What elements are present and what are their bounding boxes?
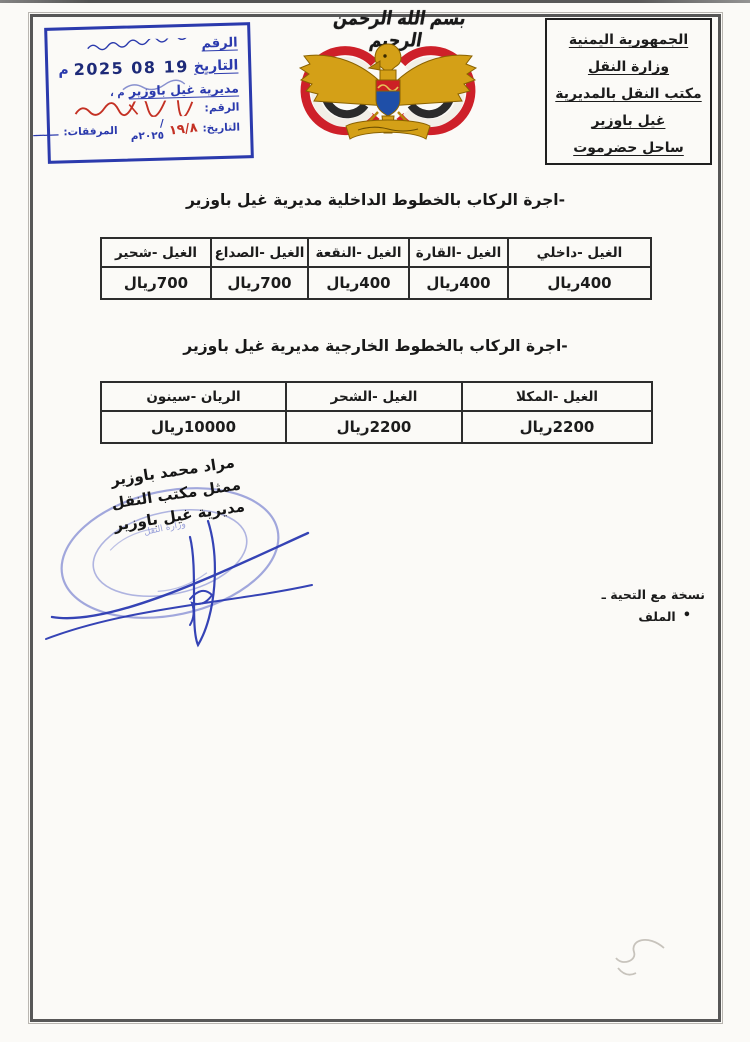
stamp-ref-date-row: التاريخ: ١٩/٨ /٢٠٢٥م المرفقات: ـــــــ <box>58 115 241 144</box>
stamp-date-label: التاريخ <box>194 57 239 74</box>
stamp-number-label: الرقم <box>201 36 238 52</box>
fare-value-cell: 700ريال <box>101 267 211 299</box>
fare-value-cell: 2200ريال <box>286 411 462 443</box>
scroll-banner <box>346 120 430 139</box>
fare-route-header: الغيل -النقعة <box>308 238 409 267</box>
scan-artifact-line <box>0 0 750 3</box>
handwritten-date-red: ١٩/٨ <box>168 120 198 138</box>
fare-route-header: الغيل -الشحر <box>286 382 462 411</box>
cc-item-label: الملف <box>638 606 675 627</box>
external-fares-table: الغيل -المكلا الغيل -الشحر الريان -سينون… <box>100 381 653 444</box>
fare-route-header: الغيل -الصداع <box>211 238 308 267</box>
attachments-blank-line: ـــــــ <box>33 127 58 140</box>
ref-date-label: التاريخ: <box>202 121 240 134</box>
agency-line-district: غيل باوزير <box>547 108 710 135</box>
table-header-row: الغيل -داخلي الغيل -القارة الغيل -النقعة… <box>101 238 651 267</box>
agency-line-coast: ساحل حضرموت <box>547 135 710 162</box>
stamp-date-row: التاريخ 19 08 2025 م <box>56 56 238 80</box>
fare-value-cell: 400ريال <box>409 267 508 299</box>
fare-route-header: الغيل -شحير <box>101 238 211 267</box>
fare-value-cell: 700ريال <box>211 267 308 299</box>
fare-value-cell: 2200ريال <box>462 411 652 443</box>
fare-route-header: الغيل -المكلا <box>462 382 652 411</box>
overlapping-scribble <box>121 78 191 94</box>
bullet-icon: • <box>683 605 691 627</box>
fare-route-header: الغيل -داخلي <box>508 238 651 267</box>
scanned-document-page: الجمهورية اليمنية وزارة النقل مكتب النقل… <box>0 0 750 1042</box>
ref-number-label: الرقم: <box>204 100 239 114</box>
cc-note-heading: نسخة مع التحية ـ <box>585 584 705 605</box>
cc-note: نسخة مع التحية ـ • الملف <box>585 584 705 627</box>
table-value-row: 400ريال 400ريال 400ريال 700ريال 700ريال <box>101 267 651 299</box>
fare-value-cell: 400ريال <box>308 267 409 299</box>
fare-value-cell: 400ريال <box>508 267 651 299</box>
agency-line-ministry: وزارة النقل <box>547 54 710 81</box>
registry-stamp-box: الرقم التاريخ 19 08 2025 م مديرية غيل با… <box>44 22 254 164</box>
faint-pen-mark <box>572 928 682 988</box>
ref-date-year: /٢٠٢٥م <box>130 118 164 143</box>
section-title-internal-fares: -اجرة الركاب بالخطوط الداخلية مديرية غيل… <box>100 191 651 209</box>
yemen-coat-of-arms-emblem <box>288 28 488 142</box>
handwritten-signature <box>40 515 320 655</box>
letterhead-agency-box: الجمهورية اليمنية وزارة النقل مكتب النقل… <box>545 18 712 165</box>
fare-route-header: الغيل -القارة <box>409 238 508 267</box>
date-stamp-value: 19 08 2025 <box>73 57 189 79</box>
table-header-row: الغيل -المكلا الغيل -الشحر الريان -سينون <box>101 382 652 411</box>
eagle-eye <box>383 54 386 57</box>
shield <box>376 80 400 116</box>
table-value-row: 2200ريال 2200ريال 10000ريال <box>101 411 652 443</box>
cc-note-item: • الملف <box>585 605 705 627</box>
date-stamp-suffix: م <box>58 62 69 78</box>
attachments-label: المرفقات: <box>63 125 118 139</box>
agency-line-republic: الجمهورية اليمنية <box>547 27 710 54</box>
agency-line-office: مكتب النقل بالمديرية <box>547 81 710 108</box>
section-title-external-fares: -اجرة الركاب بالخطوط الخارجية مديرية غيل… <box>100 337 651 355</box>
fare-route-header: الريان -سينون <box>101 382 286 411</box>
stamp-office-row: مديرية غيل باوزير م ، <box>57 80 239 100</box>
fare-value-cell: 10000ريال <box>101 411 286 443</box>
handwritten-scribble-blue <box>84 38 196 54</box>
stamp-number-row: الرقم <box>56 36 238 56</box>
internal-fares-table: الغيل -داخلي الغيل -القارة الغيل -النقعة… <box>100 237 652 300</box>
